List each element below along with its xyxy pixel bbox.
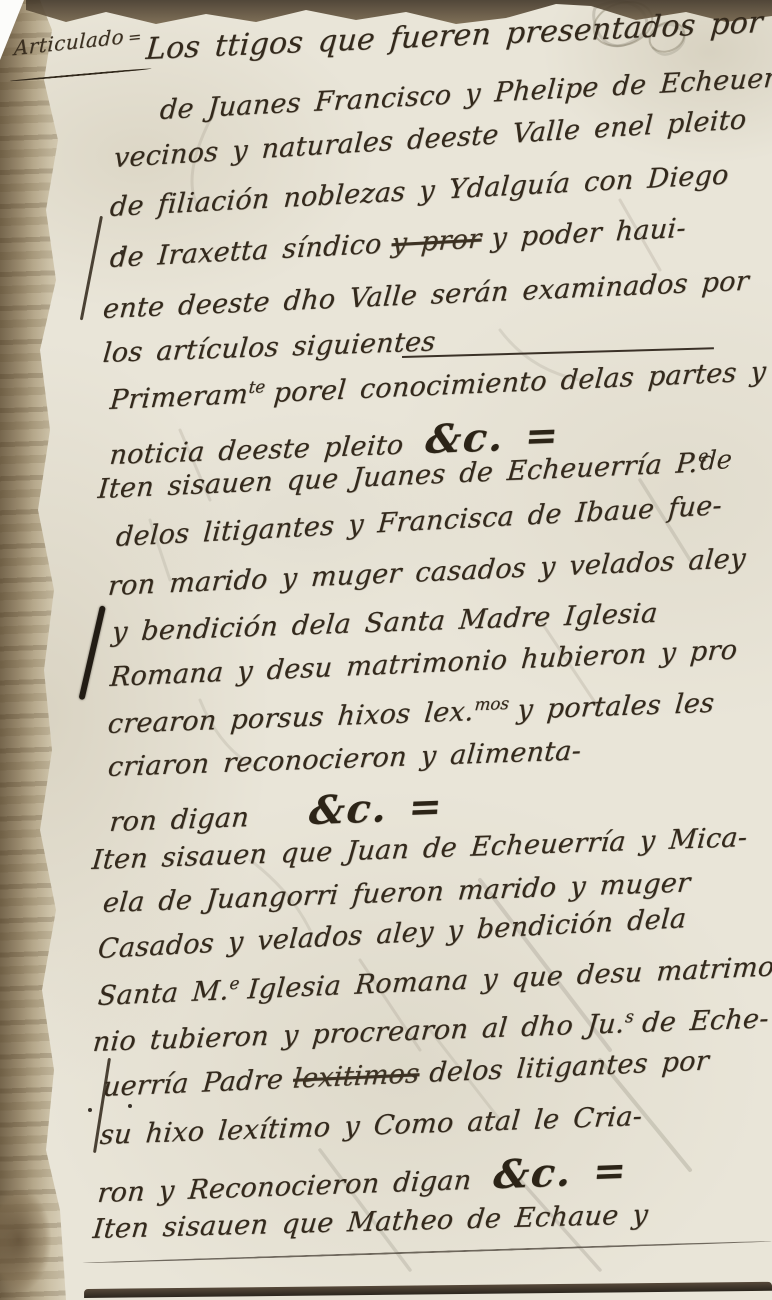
torn-corner (0, 1180, 62, 1300)
margin-note-mark: = (128, 26, 142, 47)
ink-dot (128, 1104, 132, 1108)
ink-dot (88, 1108, 92, 1112)
strikethrough-text: lexitimos (292, 1058, 421, 1095)
line-text: Primeram (109, 379, 250, 416)
superscript-text: te (248, 376, 266, 397)
catchword: de (699, 445, 733, 477)
line-text: Santa M. (97, 975, 230, 1012)
manuscript-scan: Articulado= Los ttigos que fueren presen… (0, 0, 772, 1300)
strikethrough-text: y pror (391, 223, 483, 259)
line-text: de Eche- (641, 1003, 770, 1039)
superscript-text: s (624, 1006, 634, 1026)
etcetera-flourish: &c. = (492, 1147, 630, 1198)
superscript-text: mos (474, 693, 510, 714)
superscript-text: e (229, 973, 240, 994)
etcetera-flourish: &c. = (307, 783, 445, 834)
line-text: ron digan (108, 802, 250, 838)
